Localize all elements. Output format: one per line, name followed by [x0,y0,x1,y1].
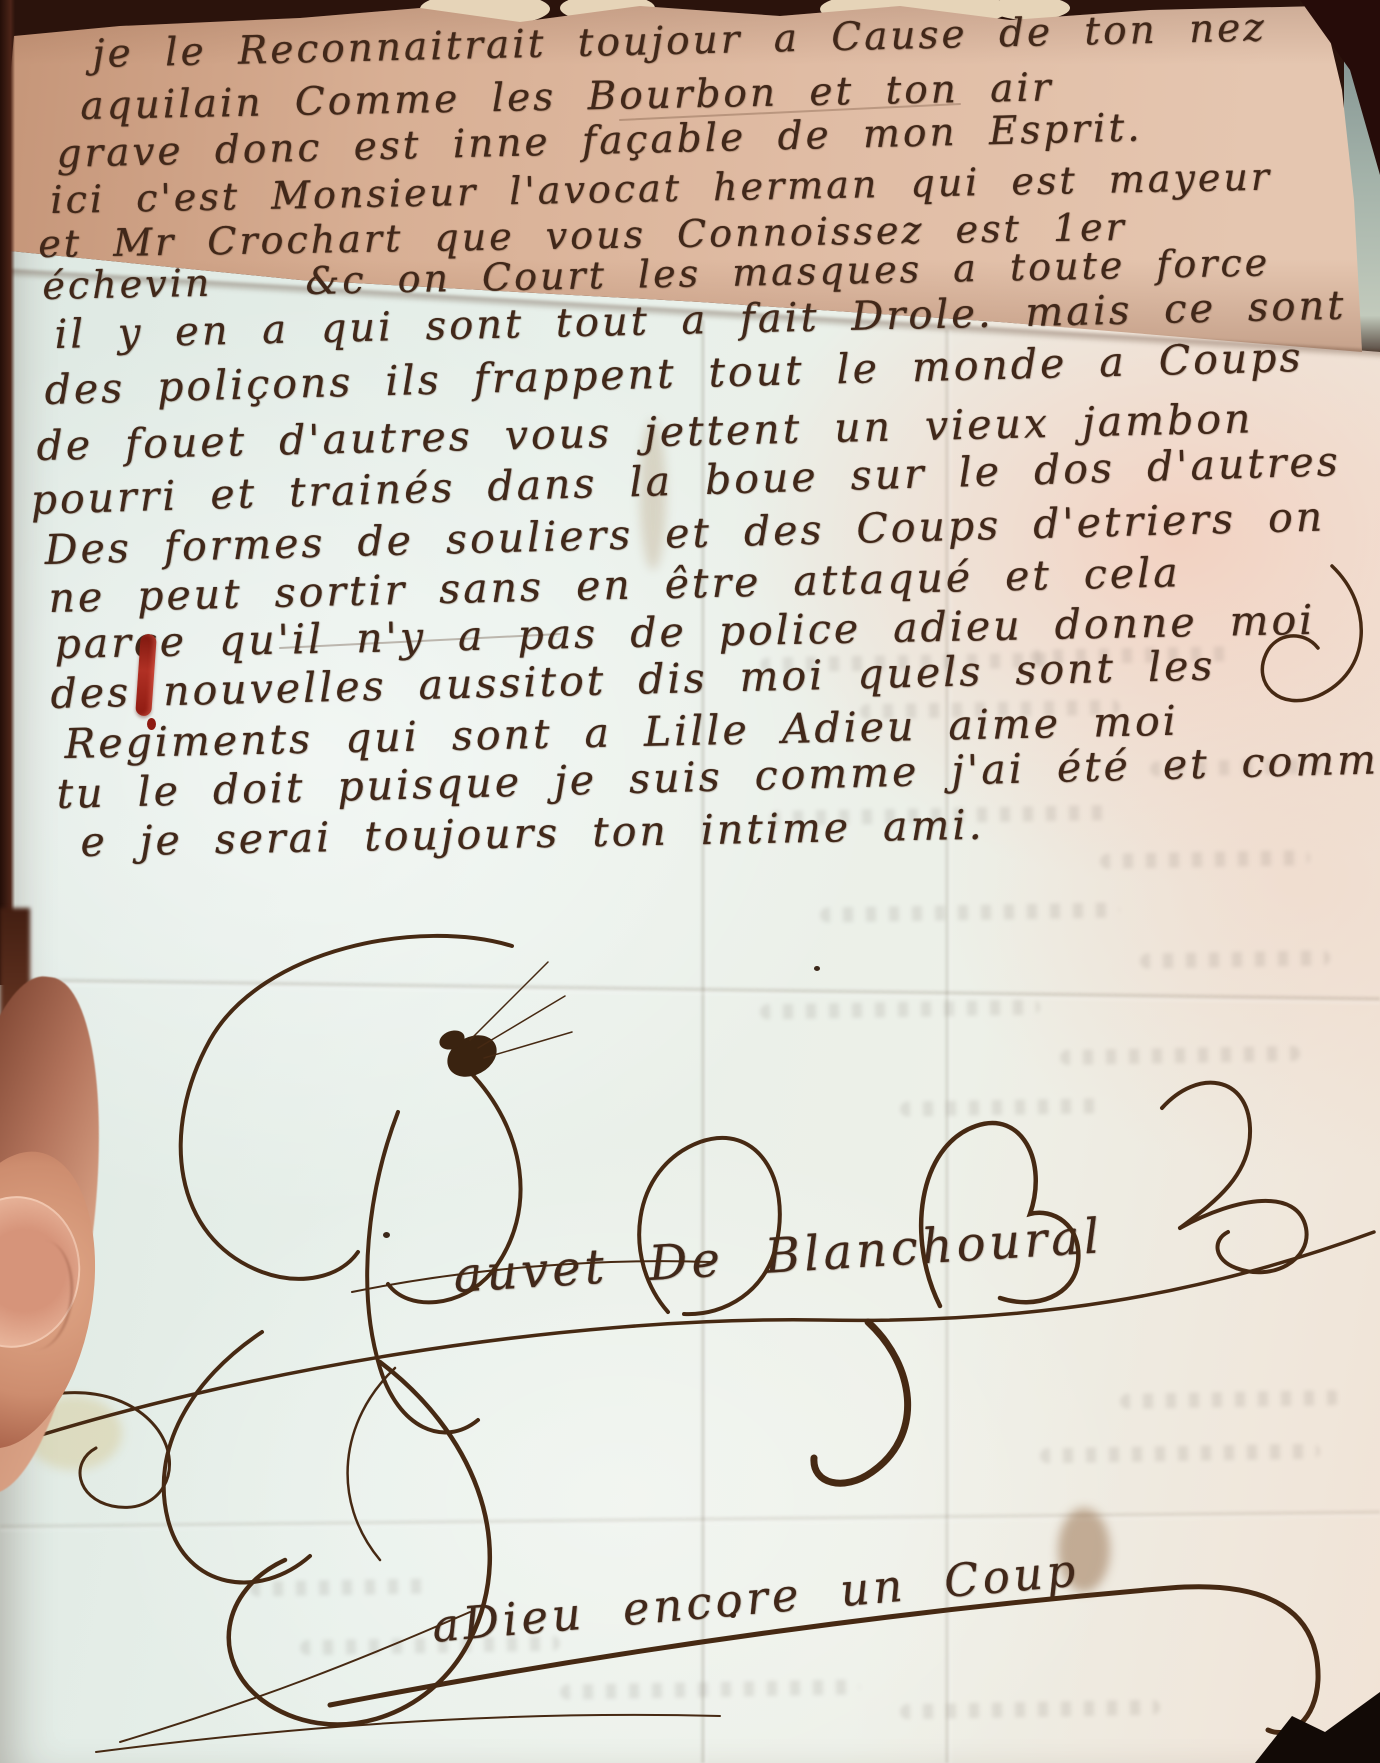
ink-fleck [383,1232,390,1238]
ink-fleck [814,966,820,971]
ghost-text-band [250,1578,430,1596]
background-border-left [0,0,15,985]
wax-seal-drip [147,718,156,730]
photo-of-handwritten-letter: je le Reconnaitrait toujour a Cause de t… [0,0,1380,1763]
